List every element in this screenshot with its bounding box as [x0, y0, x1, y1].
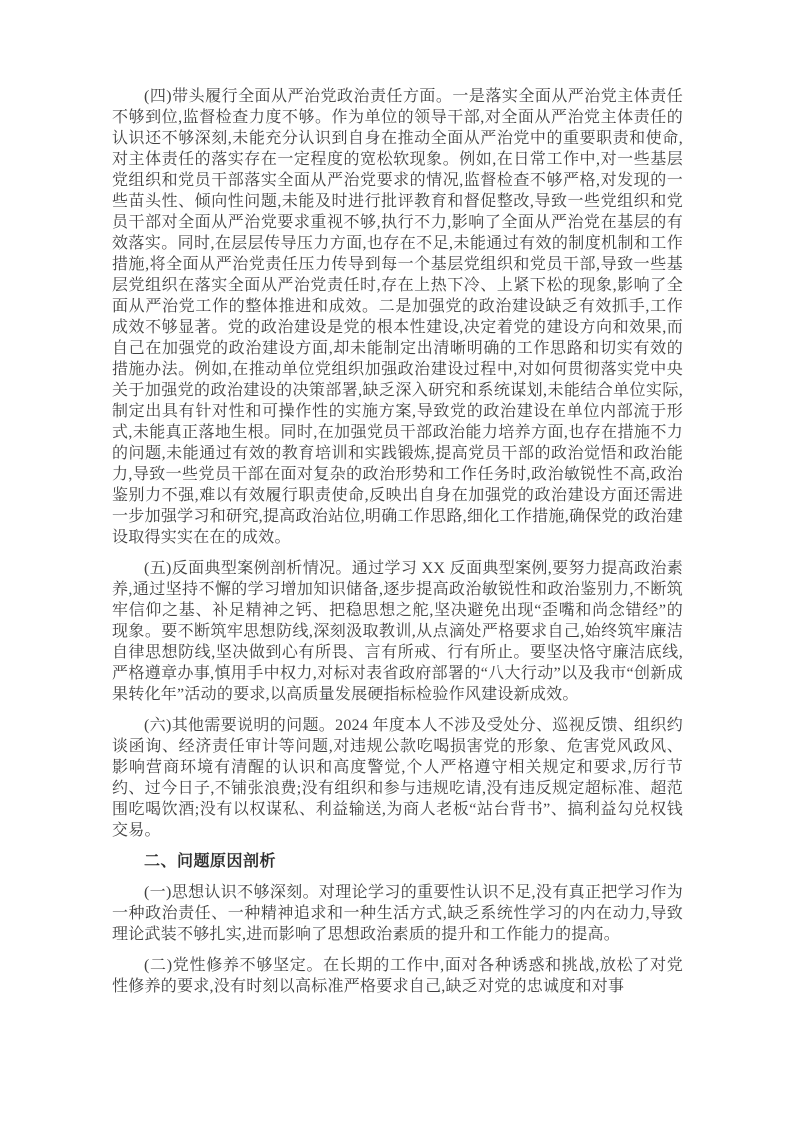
paragraph-section-4-responsibility: (四)带头履行全面从严治党政治责任方面。一是落实全面从严治党主体责任不够到位,监…: [112, 86, 683, 548]
paragraph-cause-1-ideological: (一)思想认识不够深刻。对理论学习的重要性认识不足,没有真正把学习作为一种政治责…: [112, 882, 683, 945]
paragraph-section-6-other-issues: (六)其他需要说明的问题。2024 年度本人不涉及受处分、巡视反馈、组织约谈函询…: [112, 715, 683, 841]
paragraph-section-5-case-analysis: (五)反面典型案例剖析情况。通过学习 XX 反面典型案例,要努力提高政治素养,通…: [112, 558, 683, 705]
document-page: (四)带头履行全面从严治党政治责任方面。一是落实全面从严治党主体责任不够到位,监…: [0, 0, 793, 1122]
heading-part-2-cause-analysis: 二、问题原因剖析: [112, 851, 683, 872]
paragraph-cause-2-party-spirit: (二)党性修养不够坚定。在长期的工作中,面对各种诱惑和挑战,放松了对党性修养的要…: [112, 955, 683, 997]
